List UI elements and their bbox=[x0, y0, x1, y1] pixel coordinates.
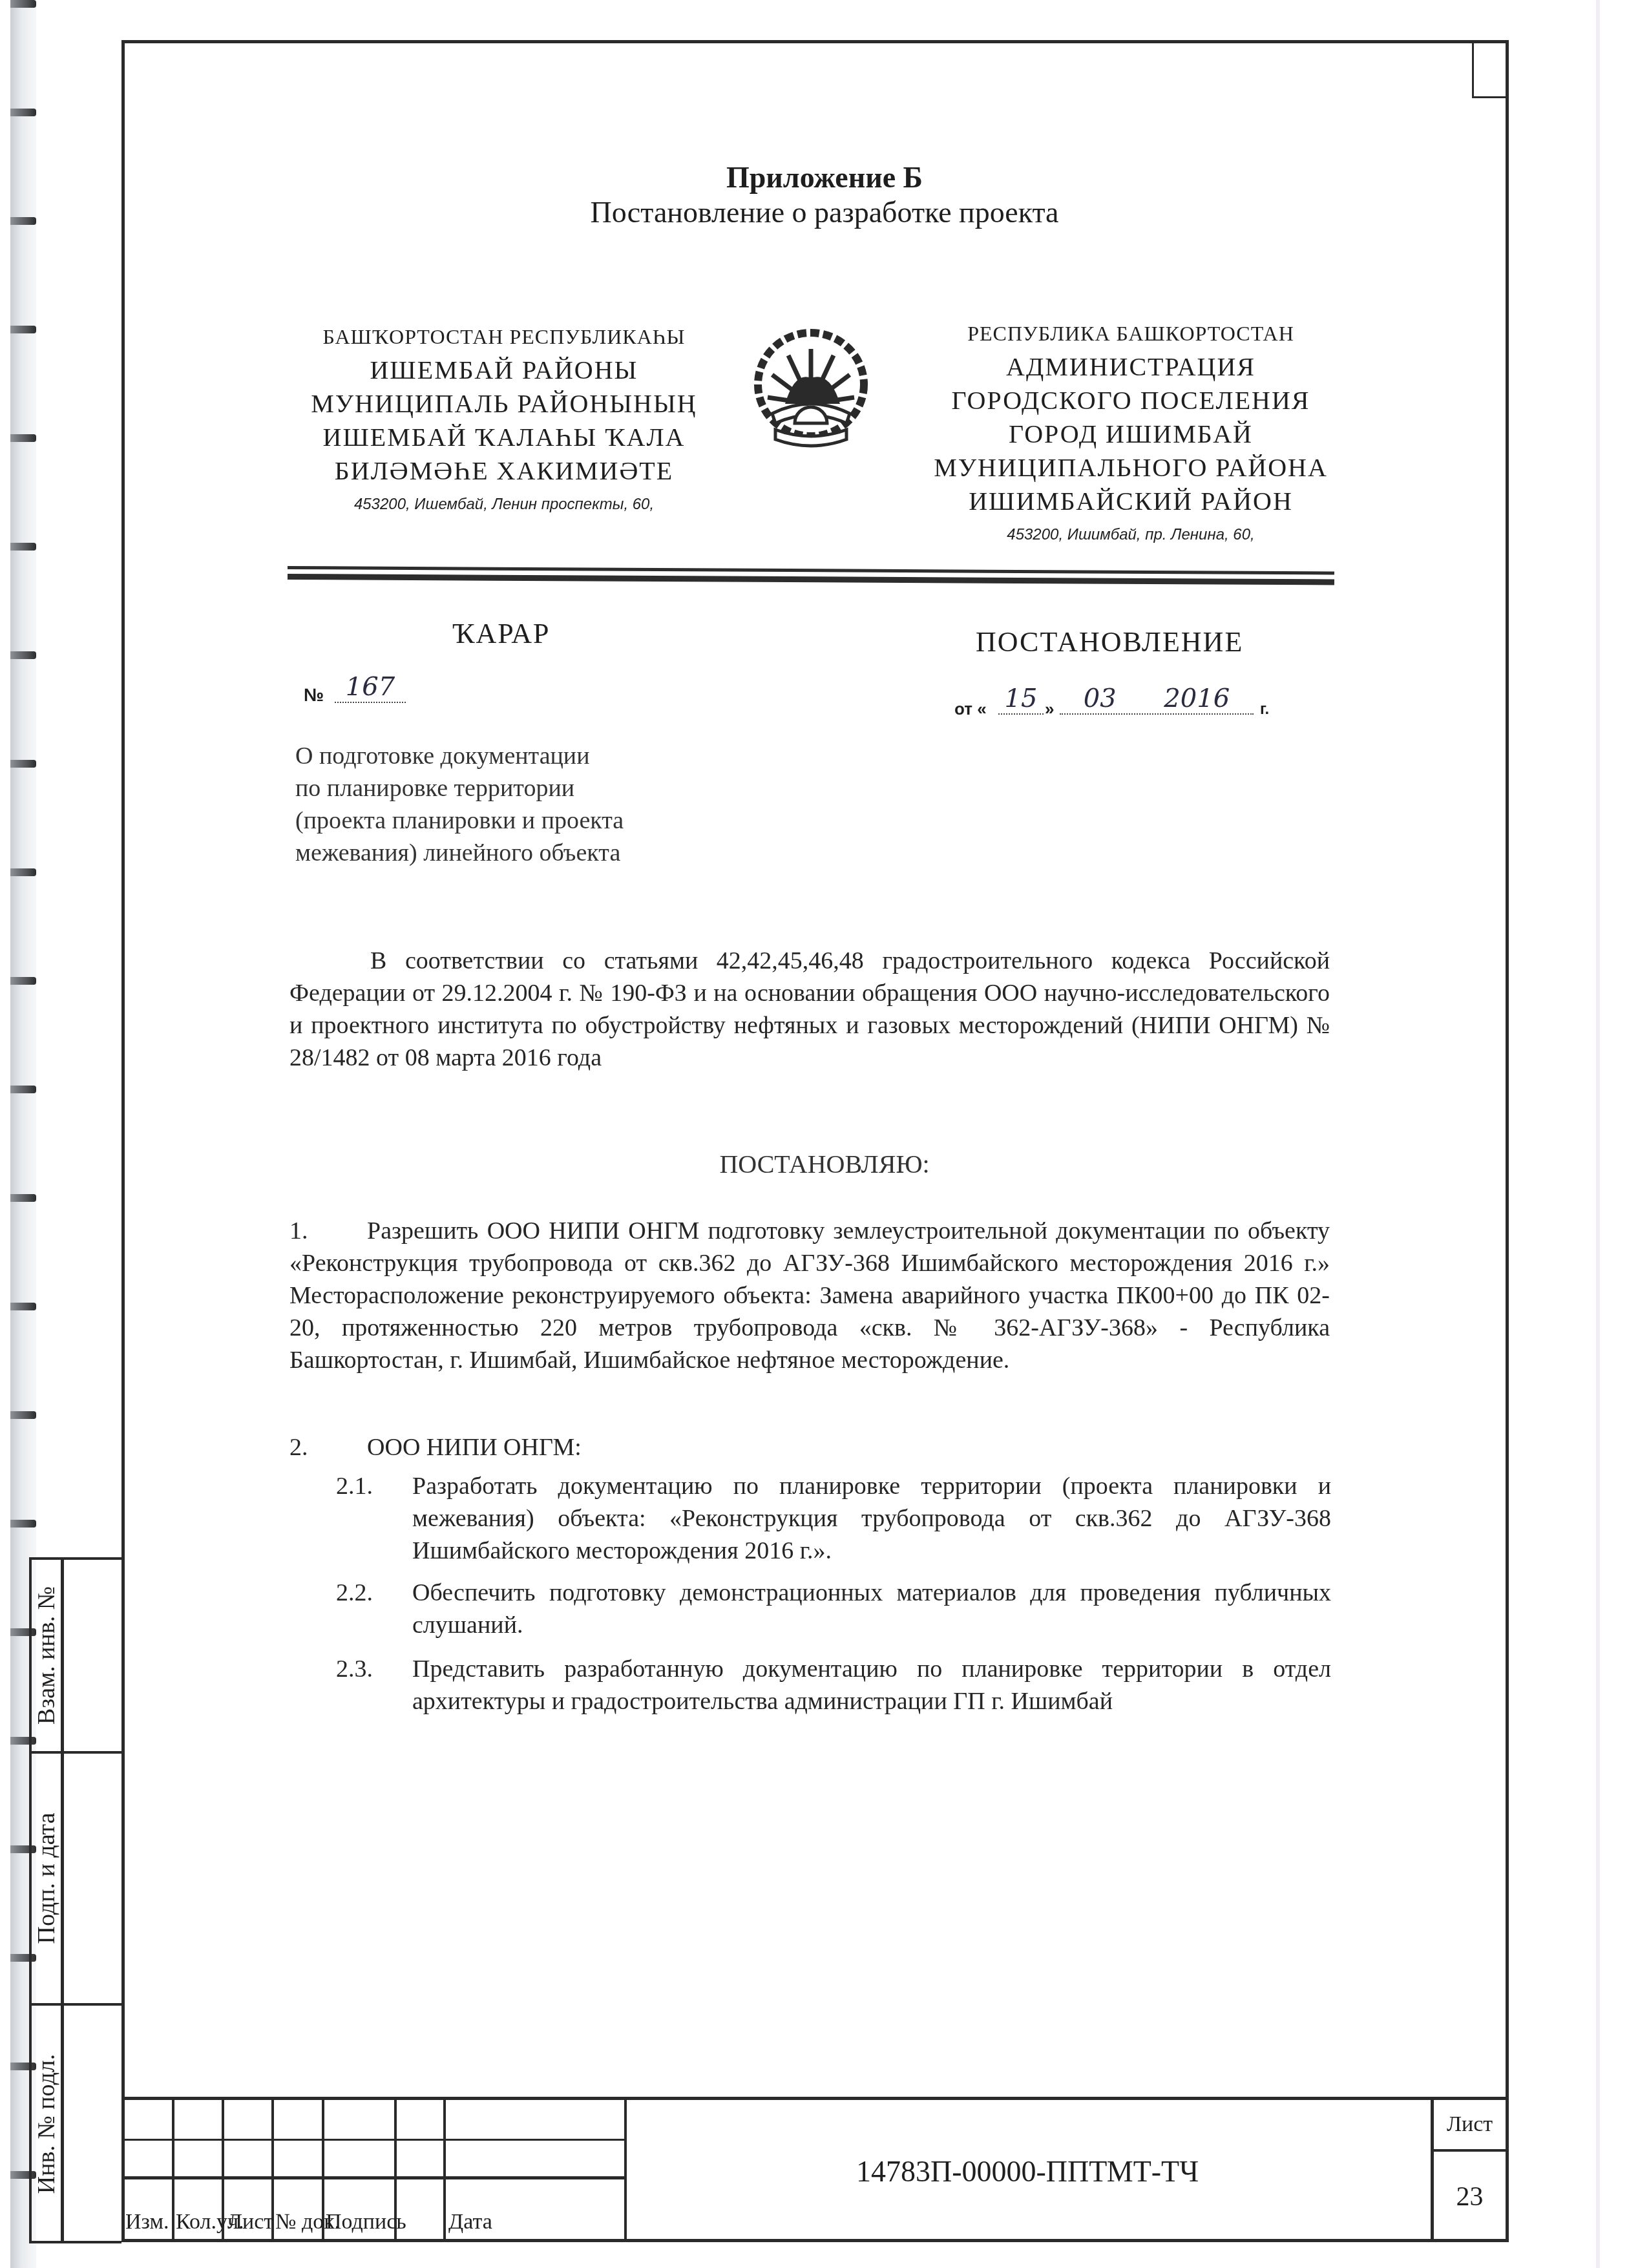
binding-ring-icon bbox=[10, 1520, 36, 1528]
subitem-number: 2.1. bbox=[336, 1470, 373, 1502]
org-line: БАШҠОРТОСТАН РЕСПУБЛИКАҺЫ bbox=[278, 320, 730, 353]
binding-ring-icon bbox=[10, 1303, 36, 1310]
org-line: АДМИНИСТРАЦИЯ bbox=[905, 350, 1357, 384]
letterhead-bashkir: БАШҠОРТОСТАН РЕСПУБЛИКАҺЫ ИШЕМБАЙ РАЙОНЫ… bbox=[278, 320, 730, 521]
binding-ring-icon bbox=[10, 543, 36, 551]
date-month-year: 03 2016 bbox=[1060, 684, 1254, 715]
document-code: 14783П-00000-ППТМТ-ТЧ bbox=[627, 2100, 1428, 2242]
subitem-text: Разработать документацию по планировке т… bbox=[412, 1470, 1331, 1567]
preamble-paragraph: В соответствии со статьями 42,42,45,46,4… bbox=[289, 945, 1330, 1074]
decree-item-1: 1.Разрешить ООО НИПИ ОНГМ подготовку зем… bbox=[289, 1215, 1330, 1376]
subitem-text: Обеспечить подготовку демонстрационных м… bbox=[412, 1577, 1331, 1641]
decree-subitem-2-1: 2.1. Разработать документацию по планиро… bbox=[336, 1470, 1331, 1567]
binding-ring-icon bbox=[10, 868, 36, 876]
resolve-heading: ПОСТАНОВЛЯЮ: bbox=[0, 1149, 1649, 1179]
subject-line: (проекта планировки и проекта bbox=[295, 804, 735, 837]
item-text: Разрешить ООО НИПИ ОНГМ подготовку земле… bbox=[289, 1217, 1330, 1374]
decree-item-2: 2.ООО НИПИ ОНГМ: bbox=[289, 1431, 1330, 1464]
org-line: МУНИЦИПАЛЬНОГО РАЙОНА bbox=[905, 451, 1357, 485]
column-header-date: Дата bbox=[448, 2210, 492, 2234]
binding-ring-icon bbox=[10, 1411, 36, 1419]
subject-line: О подготовке документации bbox=[295, 740, 735, 772]
org-line: ИШЕМБАЙ РАЙОНЫ bbox=[278, 353, 730, 387]
side-stamp-bottom-rule bbox=[29, 2241, 121, 2243]
subitem-number: 2.2. bbox=[336, 1577, 373, 1609]
decree-subject: О подготовке документации по планировке … bbox=[295, 740, 735, 869]
table-rule bbox=[121, 2176, 627, 2179]
side-stamp-label: Подп. и дата bbox=[32, 1812, 61, 1944]
date-quote-close: » bbox=[1045, 699, 1054, 719]
karar-heading: ҠАРАР bbox=[452, 617, 550, 650]
org-line: ГОРОДСКОГО ПОСЕЛЕНИЯ bbox=[905, 384, 1357, 417]
binding-ring-icon bbox=[10, 326, 36, 333]
decree-subitem-2-3: 2.3. Представить разработанную документа… bbox=[336, 1653, 1331, 1717]
binding-ring-icon bbox=[10, 434, 36, 442]
binding-ring-icon bbox=[10, 1194, 36, 1202]
date-year: 2016 bbox=[1164, 684, 1230, 713]
side-stamp-signature-date: Подп. и дата bbox=[29, 1751, 121, 2003]
decree-number-label: № bbox=[304, 685, 324, 706]
binding-ring-icon bbox=[10, 109, 36, 116]
column-header-sheet: Лист bbox=[227, 2210, 273, 2234]
date-prefix: от « bbox=[954, 699, 987, 719]
binding-ring-icon bbox=[10, 977, 36, 985]
page-edge bbox=[1596, 0, 1600, 2268]
org-line: МУНИЦИПАЛЬ РАЙОНЫНЫҢ bbox=[278, 387, 730, 421]
binding-ring-icon bbox=[10, 760, 36, 768]
sheet-number: 23 bbox=[1434, 2152, 1506, 2242]
sheet-label: Лист bbox=[1434, 2100, 1506, 2152]
org-line: РЕСПУБЛИКА БАШКОРТОСТАН bbox=[905, 317, 1357, 350]
subject-line: межевания) линейного объекта bbox=[295, 837, 735, 869]
title-block: Изм. Кол.уч. Лист № док. Подпись Дата 14… bbox=[121, 2097, 1509, 2242]
side-stamp-original-inventory: Инв. № подл. bbox=[29, 2003, 121, 2242]
subitem-number: 2.3. bbox=[336, 1653, 373, 1685]
revision-table: Изм. Кол.уч. Лист № док. Подпись Дата bbox=[121, 2100, 627, 2242]
side-stamp-replacement-inventory: Взам. инв. № bbox=[29, 1557, 121, 1751]
coat-of-arms-icon bbox=[750, 326, 872, 456]
date-month: 03 bbox=[1084, 684, 1117, 713]
org-address: 453200, Ишембай, Ленин проспекты, 60, bbox=[278, 488, 730, 521]
binding-ring-icon bbox=[10, 0, 36, 8]
org-line: БИЛӘМӘҺЕ ХАКИМИӘТЕ bbox=[278, 454, 730, 488]
decree-subitem-2-2: 2.2. Обеспечить подготовку демонстрацион… bbox=[336, 1577, 1331, 1641]
appendix-title: Приложение Б bbox=[0, 160, 1649, 194]
item-number: 2. bbox=[289, 1431, 367, 1464]
org-line: ИШЕМБАЙ ҠАЛАҺЫ ҠАЛА bbox=[278, 421, 730, 454]
side-stamp-label: Взам. инв. № bbox=[32, 1586, 61, 1725]
column-header-signature: Подпись bbox=[326, 2210, 406, 2234]
decree-number-value: 167 bbox=[335, 672, 406, 703]
binding-ring-icon bbox=[10, 1086, 36, 1093]
sheet-cell: Лист 23 bbox=[1431, 2100, 1506, 2242]
item-number: 1. bbox=[289, 1215, 367, 1247]
table-rule bbox=[121, 2139, 627, 2141]
appendix-subtitle: Постановление о разработке проекта bbox=[0, 195, 1649, 229]
letterhead-russian: РЕСПУБЛИКА БАШКОРТОСТАН АДМИНИСТРАЦИЯ ГО… bbox=[905, 317, 1357, 552]
org-line: ИШИМБАЙСКИЙ РАЙОН bbox=[905, 485, 1357, 518]
org-address: 453200, Ишимбай, пр. Ленина, 60, bbox=[905, 518, 1357, 552]
subject-line: по планировке территории bbox=[295, 772, 735, 804]
column-header-change: Изм. bbox=[125, 2210, 169, 2234]
side-stamp-label: Инв. № подл. bbox=[32, 2054, 61, 2194]
table-rule bbox=[172, 2100, 174, 2242]
date-suffix: г. bbox=[1260, 700, 1269, 719]
postanovlenie-heading: ПОСТАНОВЛЕНИЕ bbox=[976, 625, 1243, 658]
date-day: 15 bbox=[998, 684, 1044, 715]
table-rule bbox=[443, 2100, 446, 2242]
org-line: ГОРОД ИШИМБАЙ bbox=[905, 417, 1357, 451]
subitem-text: Представить разработанную документацию п… bbox=[412, 1653, 1331, 1717]
frame-corner-box bbox=[1472, 41, 1509, 98]
item-text: ООО НИПИ ОНГМ: bbox=[367, 1434, 582, 1461]
binding-ring-icon bbox=[10, 651, 36, 659]
